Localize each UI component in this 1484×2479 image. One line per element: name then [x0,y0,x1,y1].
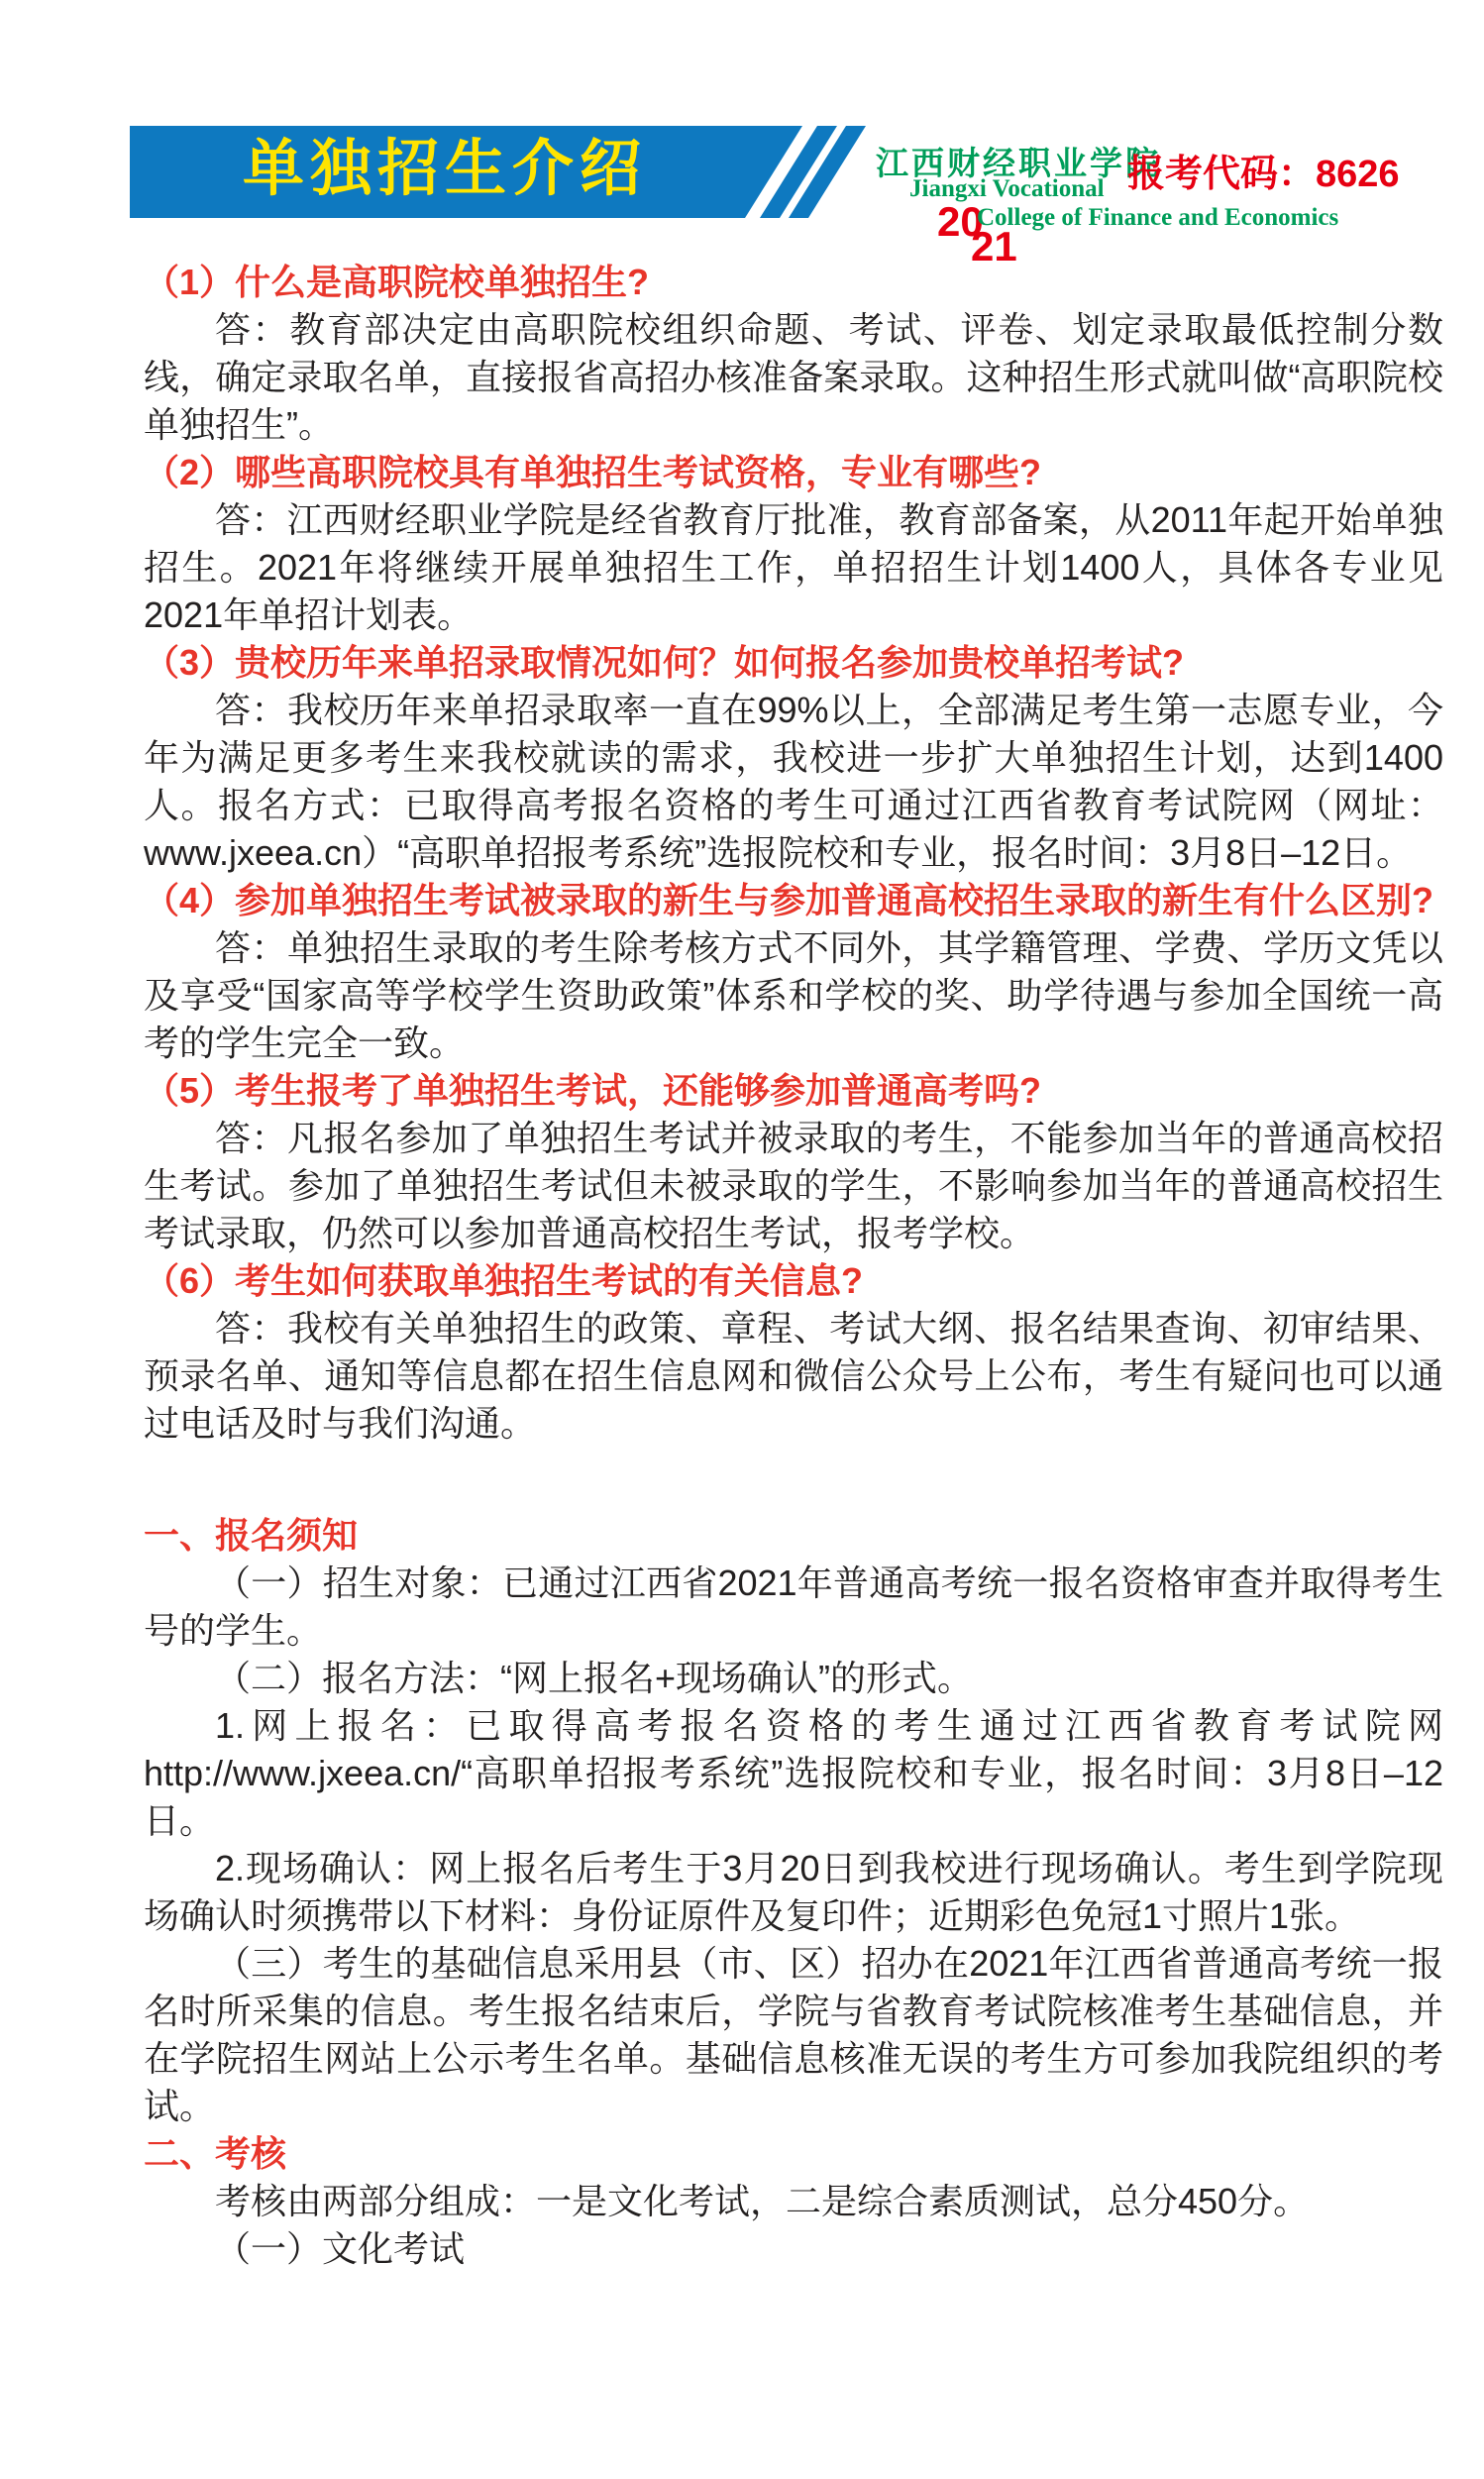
question-1: （1）什么是高职院校单独招生? [144,259,1443,306]
qa-block-4: （4）参加单独招生考试被录取的新生与参加普通高校招生录取的新生有什么区别? 答：… [144,877,1443,1067]
question-4: （4）参加单独招生考试被录取的新生与参加普通高校招生录取的新生有什么区别? [144,877,1443,924]
banner-title: 单独招生介绍 [243,139,647,200]
section-1-paragraph-2: （二）报名方法：“网上报名+现场确认”的形式。 [144,1655,1443,1702]
answer-2: 答：江西财经职业学院是经省教育厅批准，教育部备案，从2011年起开始单独招生。2… [144,496,1443,639]
section-1-paragraph-4: 2.现场确认：网上报名后考生于3月20日到我校进行现场确认。考生到学院现场确认时… [144,1845,1443,1940]
qa-block-1: （1）什么是高职院校单独招生? 答：教育部决定由高职院校组织命题、考试、评卷、划… [144,259,1443,449]
exam-code-label: 报考代码：8626 [1127,143,1400,197]
answer-4: 答：单独招生录取的考生除考核方式不同外，其学籍管理、学费、学历文凭以及享受“国家… [144,924,1443,1067]
question-6: （6）考生如何获取单独招生考试的有关信息? [144,1257,1443,1305]
qa-block-6: （6）考生如何获取单独招生考试的有关信息? 答：我校有关单独招生的政策、章程、考… [144,1257,1443,1448]
section-heading-2: 二、考核 [144,2130,1443,2178]
question-5: （5）考生报考了单独招生考试，还能够参加普通高考吗? [144,1067,1443,1115]
section-1-paragraph-1: （一）招生对象：已通过江西省2021年普通高考统一报名资格审查并取得考生号的学生… [144,1560,1443,1655]
qa-block-2: （2）哪些高职院校具有单独招生考试资格，专业有哪些? 答：江西财经职业学院是经省… [144,449,1443,639]
answer-1: 答：教育部决定由高职院校组织命题、考试、评卷、划定录取最低控制分数线，确定录取名… [144,306,1443,449]
answer-3: 答：我校历年来单招录取率一直在99%以上，全部满足考生第一志愿专业，今年为满足更… [144,687,1443,877]
section-2-paragraph-1: 考核由两部分组成：一是文化考试，二是综合素质测试，总分450分。 [144,2178,1443,2225]
page: 单独招生介绍 江西财经职业学院 报考代码：8626 Jiangxi Vocati… [0,0,1484,2479]
question-3: （3）贵校历年来单招录取情况如何？如何报名参加贵校单招考试? [144,639,1443,687]
answer-6: 答：我校有关单独招生的政策、章程、考试大纲、报名结果查询、初审结果、预录名单、通… [144,1305,1443,1448]
college-name-english-line2: College of Finance and Economics [977,204,1338,232]
section-registration-notes: 一、报名须知 （一）招生对象：已通过江西省2021年普通高考统一报名资格审查并取… [144,1512,1443,2130]
qa-block-5: （5）考生报考了单独招生考试，还能够参加普通高考吗? 答：凡报名参加了单独招生考… [144,1067,1443,1257]
document-body: （1）什么是高职院校单独招生? 答：教育部决定由高职院校组织命题、考试、评卷、划… [144,259,1443,2273]
qa-block-3: （3）贵校历年来单招录取情况如何？如何报名参加贵校单招考试? 答：我校历年来单招… [144,639,1443,877]
title-banner: 单独招生介绍 [130,126,802,218]
section-heading-1: 一、报名须知 [144,1512,1443,1560]
section-assessment: 二、考核 考核由两部分组成：一是文化考试，二是综合素质测试，总分450分。 （一… [144,2130,1443,2273]
answer-5: 答：凡报名参加了单独招生考试并被录取的考生，不能参加当年的普通高校招生考试。参加… [144,1115,1443,1257]
section-2-paragraph-2: （一）文化考试 [144,2225,1443,2273]
section-1-paragraph-3: 1.网上报名：已取得高考报名资格的考生通过江西省教育考试院网http://www… [144,1702,1443,1845]
question-2: （2）哪些高职院校具有单独招生考试资格，专业有哪些? [144,449,1443,496]
section-1-paragraph-5: （三）考生的基础信息采用县（市、区）招办在2021年江西省普通高考统一报名时所采… [144,1940,1443,2130]
